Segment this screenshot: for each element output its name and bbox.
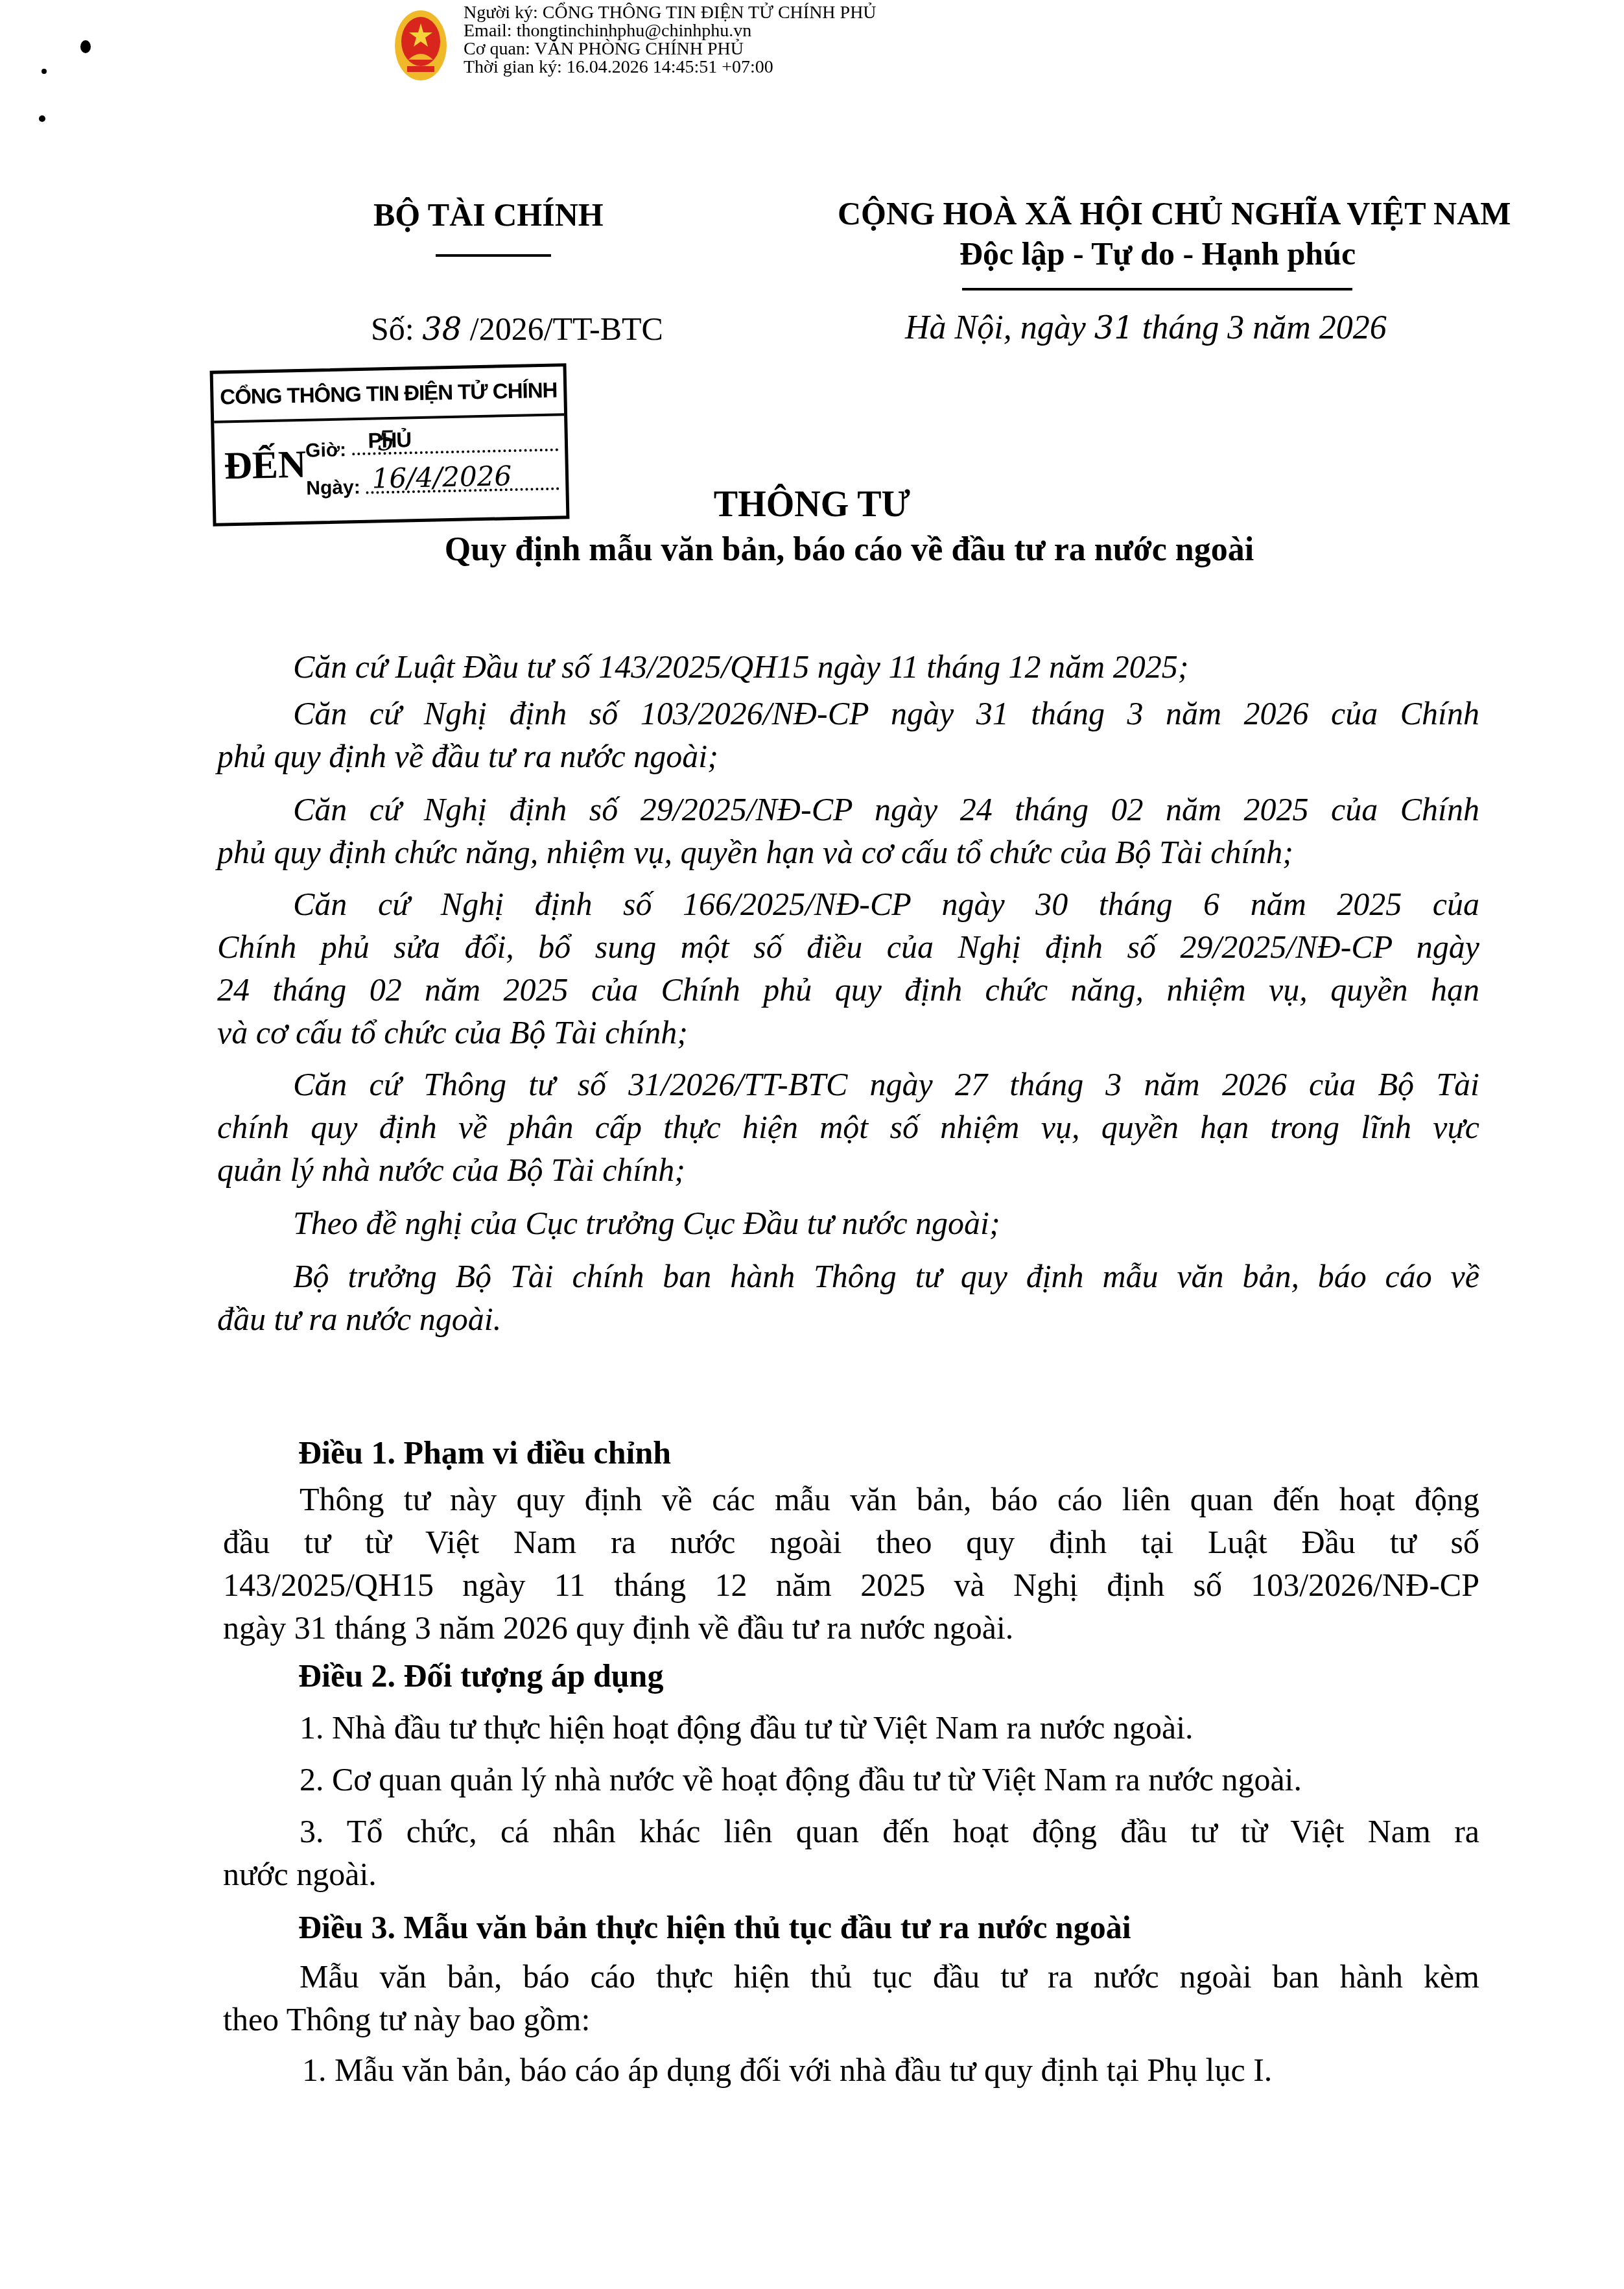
country-name: CỘNG HOÀ XÃ HỘI CHỦ NGHĨA VIỆT NAM [838, 195, 1511, 232]
article-line: 3. Tổ chức, cá nhân khác liên quan đến h… [300, 1812, 1479, 1851]
document-type: THÔNG TƯ [0, 484, 1624, 525]
number-handwritten: 38 [422, 311, 462, 348]
document-number: Số: 38 /2026/TT-BTC [371, 310, 663, 348]
national-motto: Độc lập - Tự do - Hạnh phúc [959, 235, 1356, 272]
preamble-line: Căn cứ Nghị định số 103/2026/NĐ-CP ngày … [293, 694, 1479, 733]
preamble-line: chính quy định về phân cấp thực hiện một… [217, 1108, 1479, 1146]
article-line: ngày 31 tháng 3 năm 2026 quy định về đầu… [223, 1608, 1013, 1647]
ministry-name: BỘ TÀI CHÍNH [373, 196, 604, 233]
email-label: Email: thongtinchinhphu@chinhphu.vn [464, 22, 877, 40]
number-suffix: /2026/TT-BTC [462, 311, 663, 347]
preamble-line: Căn cứ Thông tư số 31/2026/TT-BTC ngày 2… [293, 1065, 1479, 1104]
ministry-underline [436, 254, 551, 257]
signer-label: Người ký: CỔNG THÔNG TIN ĐIỆN TỬ CHÍNH P… [464, 4, 877, 22]
article-heading: Điều 3. Mẫu văn bản thực hiện thủ tục đầ… [298, 1908, 1131, 1947]
preamble-line: phủ quy định chức năng, nhiệm vụ, quyền … [217, 833, 1293, 872]
stamp-label: ĐẾN [224, 442, 307, 489]
place-date-suffix: tháng 3 năm 2026 [1134, 309, 1387, 346]
preamble-line: Chính phủ sửa đổi, bổ sung một số điều c… [217, 927, 1479, 966]
article-line: 1. Nhà đầu tư thực hiện hoạt động đầu tư… [300, 1708, 1194, 1747]
preamble-line: Theo đề nghị của Cục trưởng Cục Đầu tư n… [293, 1204, 1000, 1242]
article-line: nước ngoài. [223, 1855, 377, 1893]
article-line: Mẫu văn bản, báo cáo thực hiện thủ tục đ… [300, 1957, 1479, 1996]
preamble-line: Căn cứ Nghị định số 166/2025/NĐ-CP ngày … [293, 884, 1479, 923]
agency-label: Cơ quan: VĂN PHÒNG CHÍNH PHỦ [464, 40, 877, 58]
motto-underline [962, 288, 1352, 291]
sign-time-label: Thời gian ký: 16.04.2026 14:45:51 +07:00 [464, 58, 877, 77]
preamble-line: quản lý nhà nước của Bộ Tài chính; [217, 1150, 685, 1189]
scan-speck [41, 69, 47, 74]
article-line: Thông tư này quy định về các mẫu văn bản… [300, 1480, 1479, 1519]
stamp-hour-row: Giờ: 5 [305, 431, 370, 464]
day-handwritten: 31 [1094, 310, 1134, 346]
article-line: 143/2025/QH15 ngày 11 tháng 12 năm 2025 … [223, 1565, 1479, 1604]
document-subject: Quy định mẫu văn bản, báo cáo về đầu tư … [376, 530, 1323, 569]
article-heading: Điều 2. Đối tượng áp dụng [298, 1656, 663, 1695]
preamble-line: Căn cứ Luật Đầu tư số 143/2025/QH15 ngày… [293, 647, 1188, 686]
article-line: 1. Mẫu văn bản, báo cáo áp dụng đối với … [302, 2050, 1272, 2089]
article-heading: Điều 1. Phạm vi điều chỉnh [298, 1433, 671, 1472]
preamble-line: và cơ cấu tổ chức của Bộ Tài chính; [217, 1013, 688, 1052]
preamble-line: đầu tư ra nước ngoài. [217, 1299, 501, 1338]
place-date-prefix: Hà Nội, ngày [905, 309, 1094, 346]
vietnam-national-emblem-icon [394, 9, 447, 82]
preamble-line: Căn cứ Nghị định số 29/2025/NĐ-CP ngày 2… [293, 790, 1479, 829]
scan-speck [80, 40, 91, 53]
preamble-line: Bộ trưởng Bộ Tài chính ban hành Thông tư… [293, 1257, 1479, 1296]
place-date: Hà Nội, ngày 31 tháng 3 năm 2026 [905, 309, 1387, 347]
stamp-hour-label: Giờ: [305, 439, 347, 461]
preamble-line: 24 tháng 02 năm 2025 của Chính phủ quy đ… [217, 970, 1479, 1009]
article-line: đầu tư từ Việt Nam ra nước ngoài theo qu… [223, 1523, 1479, 1561]
number-prefix: Số: [371, 311, 422, 347]
article-line: 2. Cơ quan quản lý nhà nước về hoạt động… [300, 1760, 1302, 1799]
digital-signature-info: Người ký: CỔNG THÔNG TIN ĐIỆN TỬ CHÍNH P… [464, 4, 877, 77]
stamp-org: CỔNG THÔNG TIN ĐIỆN TỬ CHÍNH PHỦ [213, 366, 564, 423]
preamble-line: phủ quy định về đầu tư ra nước ngoài; [217, 737, 718, 776]
article-line: theo Thông tư này bao gồm: [223, 2000, 590, 2039]
scan-speck [39, 115, 45, 122]
